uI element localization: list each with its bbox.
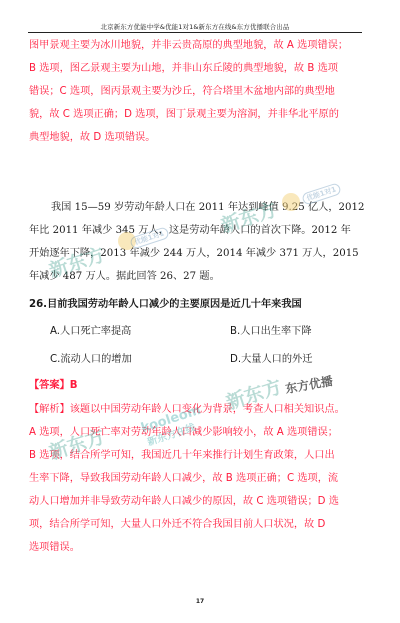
text-line: 年减少 487 万人。据此回答 26、27 题。 xyxy=(29,265,363,288)
text-line: 选项错误。 xyxy=(29,536,363,559)
question-text: 目前我国劳动年龄人口减少的主要原因是近几十年来我国 xyxy=(47,299,302,310)
watermark-dfyb: 东方优播 xyxy=(284,372,334,397)
header-divider xyxy=(28,32,362,33)
option-c: C.流动人口的增加 xyxy=(50,350,132,365)
option-b: B.人口出生率下降 xyxy=(230,322,312,337)
option-d: D.大量人口的外迁 xyxy=(230,350,312,365)
text-line: 年比 2011 年减少 345 万人，这是劳动年龄人口的首次下降。2012 年 xyxy=(29,219,363,242)
text-line: 生率下降，导致我国劳动年龄人口减少，故 B 选项正确；C 选项，流 xyxy=(29,467,363,490)
text-line: 项，结合所学可知，大量人口外迁不符合我国目前人口状况，故 D xyxy=(29,513,363,536)
answer-label: 【答案】B xyxy=(29,376,78,391)
analysis: 【解析】该题以中国劳动年龄人口变化为背景，考查人口相关知识点。 A 选项，人口死… xyxy=(29,398,363,559)
question-number: 26. xyxy=(29,299,47,310)
text-line: 典型地貌，故 D 选项错误。 xyxy=(29,126,363,149)
text-line: 图甲景观主要为冰川地貌，并非云贵高原的典型地貌，故 A 选项错误； xyxy=(29,34,363,57)
page-number: 17 xyxy=(0,598,400,605)
previous-explanation: 图甲景观主要为冰川地貌，并非云贵高原的典型地貌，故 A 选项错误； B 选项，图… xyxy=(29,34,363,149)
passage: 我国 15—59 岁劳动年龄人口在 2011 年达到峰值 9.25 亿人，201… xyxy=(29,196,363,288)
option-a: A.人口死亡率提高 xyxy=(50,322,131,337)
question-stem: 26.目前我国劳动年龄人口减少的主要原因是近几十年来我国 xyxy=(29,295,302,310)
page-header: 北京新东方优能中学&优能1对1&新东方在线&东方优播联合出品 xyxy=(28,22,362,31)
text-line: 错误；C 选项，图丙景观主要为沙丘，符合塔里木盆地内部的典型地 xyxy=(29,80,363,103)
text-line: A 选项，人口死亡率对劳动年龄人口减少影响较小，故 A 选项错误； xyxy=(29,421,363,444)
text-line: B 选项，结合所学可知，我国近几十年来推行计划生育政策，人口出 xyxy=(29,444,363,467)
text-line: 貌，故 C 选项正确；D 选项，图丁景观主要为溶洞，并非华北平原的 xyxy=(29,103,363,126)
text-line: 【解析】该题以中国劳动年龄人口变化为背景，考查人口相关知识点。 xyxy=(29,398,363,421)
text-line: 开始逐年下降，2013 年减少 244 万人，2014 年减少 371 万人，2… xyxy=(29,242,363,265)
text-line: 我国 15—59 岁劳动年龄人口在 2011 年达到峰值 9.25 亿人，201… xyxy=(29,196,363,219)
text-line: B 选项，图乙景观主要为山地，并非山东丘陵的典型地貌，故 B 选项 xyxy=(29,57,363,80)
text-line: 动人口增加并非导致劳动年龄人口减少的原因，故 C 选项错误；D 选 xyxy=(29,490,363,513)
